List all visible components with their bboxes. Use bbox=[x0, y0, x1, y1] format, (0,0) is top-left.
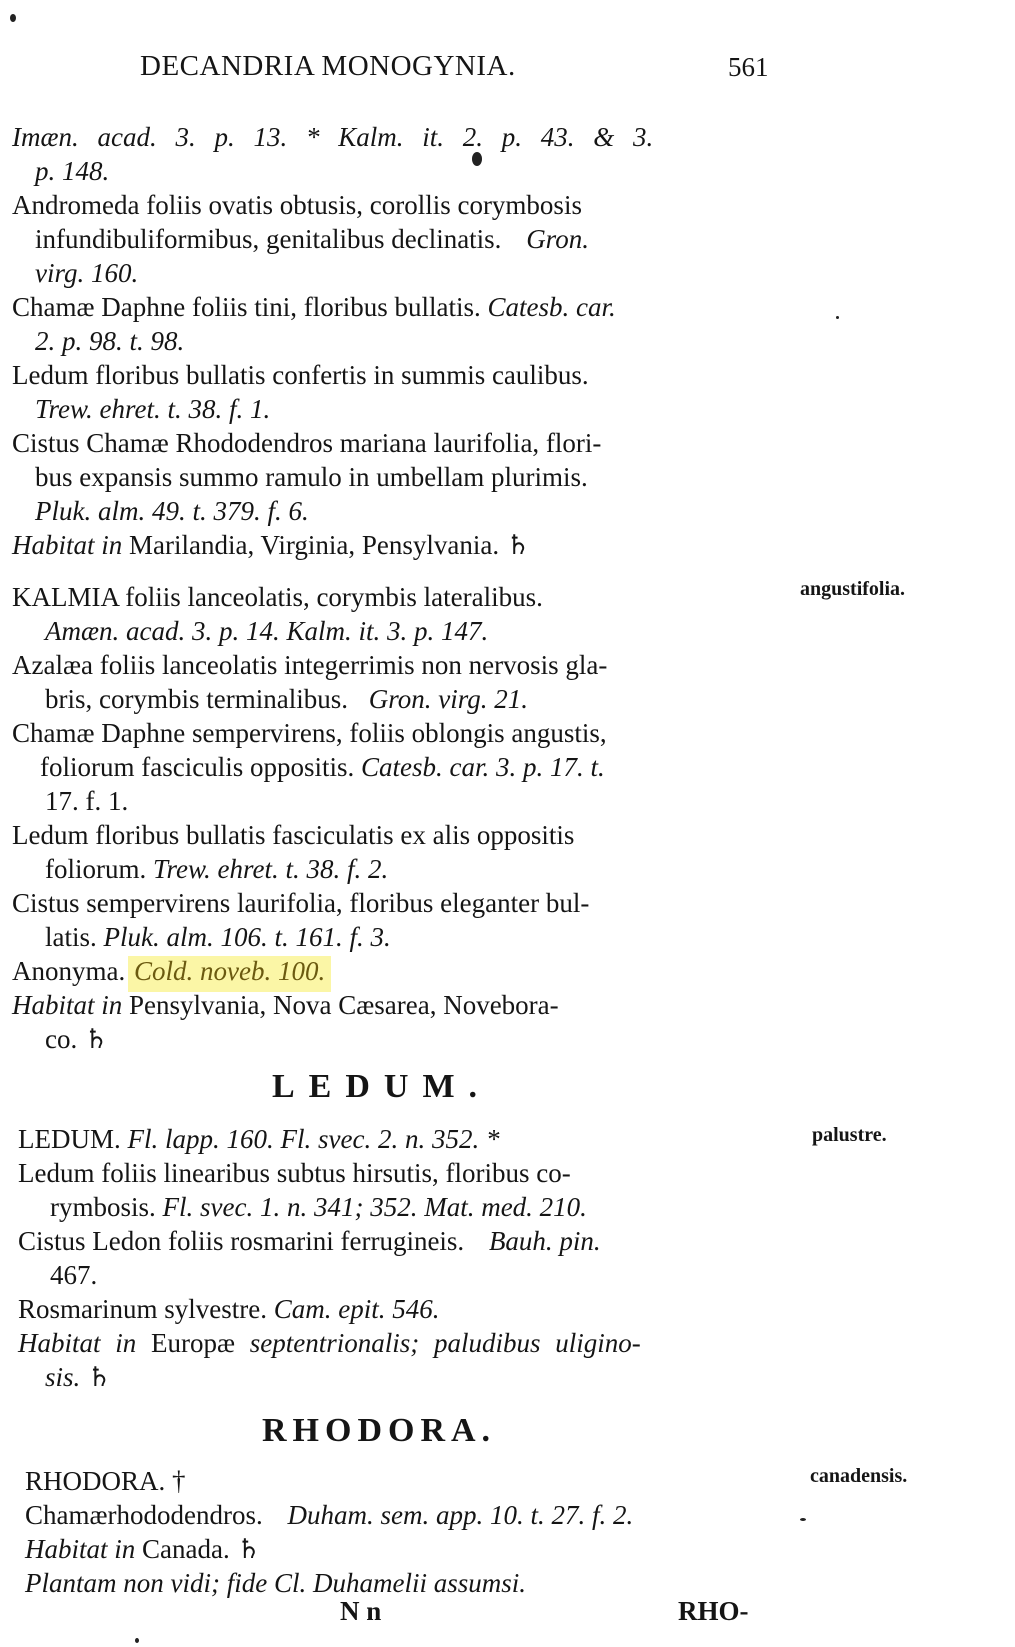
species-margin-label: palustre. bbox=[812, 1124, 887, 1147]
species-margin-label: canadensis. bbox=[810, 1465, 907, 1488]
synonym-line: latis. Pluk. alm. 106. t. 161. f. 3. bbox=[45, 920, 391, 954]
synonym-line: bus expansis summo ramulo in umbellam pl… bbox=[35, 460, 588, 494]
scan-speck bbox=[10, 14, 16, 22]
synonym-line: Chamærhododendros. Duham. sem. app. 10. … bbox=[25, 1498, 633, 1532]
species-phrase-line: KALMIA foliis lanceolatis, corymbis late… bbox=[12, 580, 543, 614]
citation-line: rymbosis. Fl. svec. 1. n. 341; 352. Mat.… bbox=[50, 1190, 587, 1224]
synonym-line: Andromeda foliis ovatis obtusis, corolli… bbox=[12, 188, 582, 222]
scan-speck bbox=[135, 1638, 139, 1643]
species-phrase-line: LEDUM. Fl. lapp. 160. Fl. svec. 2. n. 35… bbox=[18, 1122, 499, 1156]
scan-speck bbox=[800, 1518, 806, 1521]
citation-line: 17. f. 1. bbox=[45, 784, 128, 818]
habitat-line: Habitat in Canada. ♄ bbox=[25, 1532, 261, 1566]
synonym-line: Azalæa foliis lanceolatis integerrimis n… bbox=[12, 648, 607, 682]
synonym-line: Anonyma. Cold. noveb. 100. bbox=[12, 954, 331, 988]
synonym-line: Chamæ Daphne foliis tini, floribus bulla… bbox=[12, 290, 616, 324]
ink-blot bbox=[472, 152, 482, 166]
citation-line: 2. p. 98. t. 98. bbox=[35, 324, 184, 358]
synonym-line: Ledum floribus bullatis fasciculatis ex … bbox=[12, 818, 574, 852]
citation-line: Trew. ehret. t. 38. f. 1. bbox=[35, 392, 270, 426]
synonym-line: foliorum fasciculis oppositis. Catesb. c… bbox=[40, 750, 605, 784]
note-line: Plantam non vidi; fide Cl. Duhamelii ass… bbox=[25, 1566, 526, 1600]
habitat-line: Habitat in Europæ septentrionalis; palud… bbox=[18, 1326, 641, 1360]
synonym-line: Cistus sempervirens laurifolia, floribus… bbox=[12, 886, 589, 920]
synonym-line: Cistus Chamæ Rhododendros mariana laurif… bbox=[12, 426, 601, 460]
habitat-line: co. ♄ bbox=[45, 1022, 108, 1056]
citation-line: 467. bbox=[50, 1258, 97, 1292]
habitat-line: sis. ♄ bbox=[45, 1360, 111, 1394]
citation-line: p. 148. bbox=[35, 154, 109, 188]
species-phrase-line: Ledum foliis linearibus subtus hirsutis,… bbox=[18, 1156, 571, 1190]
signature-mark: N n bbox=[340, 1596, 381, 1627]
scan-speck bbox=[836, 316, 839, 319]
highlighted-citation[interactable]: Cold. noveb. 100. bbox=[128, 956, 331, 992]
catchword: RHO- bbox=[678, 1596, 749, 1627]
synonym-line: bris, corymbis terminalibus. Gron. virg.… bbox=[45, 682, 528, 716]
genus-heading: RHODORA. bbox=[262, 1412, 496, 1450]
synonym-line: infundibuliformibus, genitalibus declina… bbox=[35, 222, 783, 256]
citation-line: Imæn. acad. 3. p. 13. * Kalm. it. 2. p. … bbox=[12, 120, 782, 154]
synonym-line: foliorum. Trew. ehret. t. 38. f. 2. bbox=[45, 852, 388, 886]
synonym-line: Ledum floribus bullatis confertis in sum… bbox=[12, 358, 589, 392]
citation-line: Pluk. alm. 49. t. 379. f. 6. bbox=[35, 494, 309, 528]
synonym-line: Cistus Ledon foliis rosmarini ferruginei… bbox=[18, 1224, 601, 1258]
running-title: DECANDRIA MONOGYNIA. bbox=[140, 50, 516, 83]
habitat-line: Habitat in Marilandia, Virginia, Pensylv… bbox=[12, 528, 530, 562]
citation-line: virg. 160. bbox=[35, 256, 138, 290]
genus-heading: LEDUM. bbox=[272, 1068, 491, 1106]
species-phrase-line: RHODORA. † bbox=[25, 1464, 186, 1498]
page-number: 561 bbox=[728, 52, 769, 83]
synonym-line: Chamæ Daphne sempervirens, foliis oblong… bbox=[12, 716, 607, 750]
citation-line: Amæn. acad. 3. p. 14. Kalm. it. 3. p. 14… bbox=[45, 614, 488, 648]
book-page: DECANDRIA MONOGYNIA. 561 Imæn. acad. 3. … bbox=[0, 0, 1015, 1647]
species-margin-label: angustifolia. bbox=[800, 578, 905, 601]
habitat-line: Habitat in Pensylvania, Nova Cæsarea, No… bbox=[12, 988, 559, 1022]
synonym-line: Rosmarinum sylvestre. Cam. epit. 546. bbox=[18, 1292, 439, 1326]
